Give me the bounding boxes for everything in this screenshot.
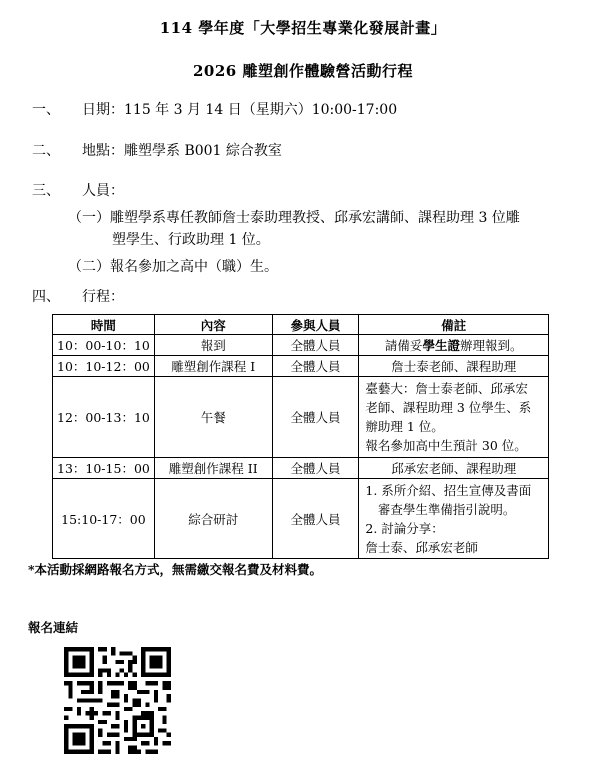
cell-content: 雕塑創作課程 II bbox=[154, 458, 272, 479]
fee-note: *本活動採網路報名方式，無需繳交報名費及材料費。 bbox=[28, 560, 322, 578]
note-line: 老師、課程助理 3 位學生、系 bbox=[365, 398, 544, 417]
document-subtitle: 2026 雕塑創作體驗營活動行程 bbox=[0, 60, 606, 81]
cell-content: 綜合研討 bbox=[154, 479, 272, 559]
note-line: 1. 系所介紹、招生宣傳及書面 bbox=[365, 481, 544, 500]
cell-time: 10：10-12：00 bbox=[53, 356, 155, 377]
cell-note: 臺藝大：詹士泰老師、邱承宏 老師、課程助理 3 位學生、系 辦助理 1 位。 報… bbox=[359, 377, 549, 458]
section-number: 四、 bbox=[32, 286, 82, 306]
note-text: 請備妥 bbox=[385, 338, 423, 353]
table-row: 10：00-10：10 報到 全體人員 請備妥學生證辦理報到。 bbox=[53, 335, 549, 356]
cell-content: 雕塑創作課程 I bbox=[154, 356, 272, 377]
cell-participants: 全體人員 bbox=[272, 356, 359, 377]
note-line: 詹士泰、邱承宏老師 bbox=[365, 538, 544, 557]
schedule-table: 時間 內容 參與人員 備註 10：00-10：10 報到 全體人員 請備妥學生證… bbox=[52, 314, 549, 559]
note-text: 辦理報到。 bbox=[460, 338, 523, 353]
personnel-line: （一）雕塑學系專任教師詹士泰助理教授、邱承宏講師、課程助理 3 位雕 bbox=[68, 207, 520, 229]
table-row: 12：00-13：10 午餐 全體人員 臺藝大：詹士泰老師、邱承宏 老師、課程助… bbox=[53, 377, 549, 458]
cell-content: 午餐 bbox=[154, 377, 272, 458]
cell-time: 15:10-17：00 bbox=[53, 479, 155, 559]
note-line: 審查學生準備指引說明。 bbox=[365, 500, 544, 519]
column-header-notes: 備註 bbox=[359, 315, 549, 335]
column-header-content: 內容 bbox=[154, 315, 272, 335]
section-label: 行程： bbox=[82, 289, 124, 305]
column-header-time: 時間 bbox=[53, 315, 155, 335]
section-number: 二、 bbox=[32, 140, 82, 160]
cell-content: 報到 bbox=[154, 335, 272, 356]
personnel-item-1: （一）雕塑學系專任教師詹士泰助理教授、邱承宏講師、課程助理 3 位雕 塑學生、行… bbox=[68, 207, 520, 251]
section-label: 日期：115 年 3 月 14 日（星期六）10:00-17:00 bbox=[82, 102, 397, 118]
cell-note: 邱承宏老師、課程助理 bbox=[359, 458, 549, 479]
personnel-item-2: （二）報名參加之高中（職）生。 bbox=[68, 256, 278, 278]
section-label: 地點：雕塑學系 B001 綜合教室 bbox=[82, 143, 282, 159]
table-header-row: 時間 內容 參與人員 備註 bbox=[53, 315, 549, 335]
personnel-line: （二）報名參加之高中（職）生。 bbox=[68, 256, 278, 278]
table-row: 15:10-17：00 綜合研討 全體人員 1. 系所介紹、招生宣傳及書面 審查… bbox=[53, 479, 549, 559]
personnel-line: 塑學生、行政助理 1 位。 bbox=[68, 229, 520, 251]
section-number: 三、 bbox=[32, 180, 82, 200]
section-label: 人員： bbox=[82, 183, 124, 199]
cell-participants: 全體人員 bbox=[272, 377, 359, 458]
document-title: 114 學年度「大學招生專業化發展計畫」 bbox=[0, 17, 606, 38]
note-emphasis: 學生證 bbox=[422, 338, 460, 353]
cell-participants: 全體人員 bbox=[272, 335, 359, 356]
note-line: 2. 討論分享： bbox=[365, 519, 544, 538]
section-schedule: 四、行程： bbox=[32, 286, 124, 306]
column-header-participants: 參與人員 bbox=[272, 315, 359, 335]
registration-link-label: 報名連結 bbox=[28, 618, 78, 636]
table-row: 10：10-12：00 雕塑創作課程 I 全體人員 詹士泰老師、課程助理 bbox=[53, 356, 549, 377]
section-date: 一、日期：115 年 3 月 14 日（星期六）10:00-17:00 bbox=[32, 99, 397, 119]
cell-time: 12：00-13：10 bbox=[53, 377, 155, 458]
section-location: 二、地點：雕塑學系 B001 綜合教室 bbox=[32, 140, 282, 160]
cell-participants: 全體人員 bbox=[272, 458, 359, 479]
cell-time: 10：00-10：10 bbox=[53, 335, 155, 356]
section-number: 一、 bbox=[32, 99, 82, 119]
note-line: 辦助理 1 位。 bbox=[365, 417, 544, 436]
cell-note: 1. 系所介紹、招生宣傳及書面 審查學生準備指引說明。 2. 討論分享： 詹士泰… bbox=[359, 479, 549, 559]
cell-participants: 全體人員 bbox=[272, 479, 359, 559]
note-line: 臺藝大：詹士泰老師、邱承宏 bbox=[365, 379, 544, 398]
section-personnel: 三、人員： bbox=[32, 180, 124, 200]
cell-note: 請備妥學生證辦理報到。 bbox=[359, 335, 549, 356]
note-line: 報名參加高中生預計 30 位。 bbox=[365, 436, 544, 455]
cell-time: 13：10-15：00 bbox=[53, 458, 155, 479]
qr-code-icon[interactable] bbox=[64, 647, 171, 754]
cell-note: 詹士泰老師、課程助理 bbox=[359, 356, 549, 377]
table-row: 13：10-15：00 雕塑創作課程 II 全體人員 邱承宏老師、課程助理 bbox=[53, 458, 549, 479]
